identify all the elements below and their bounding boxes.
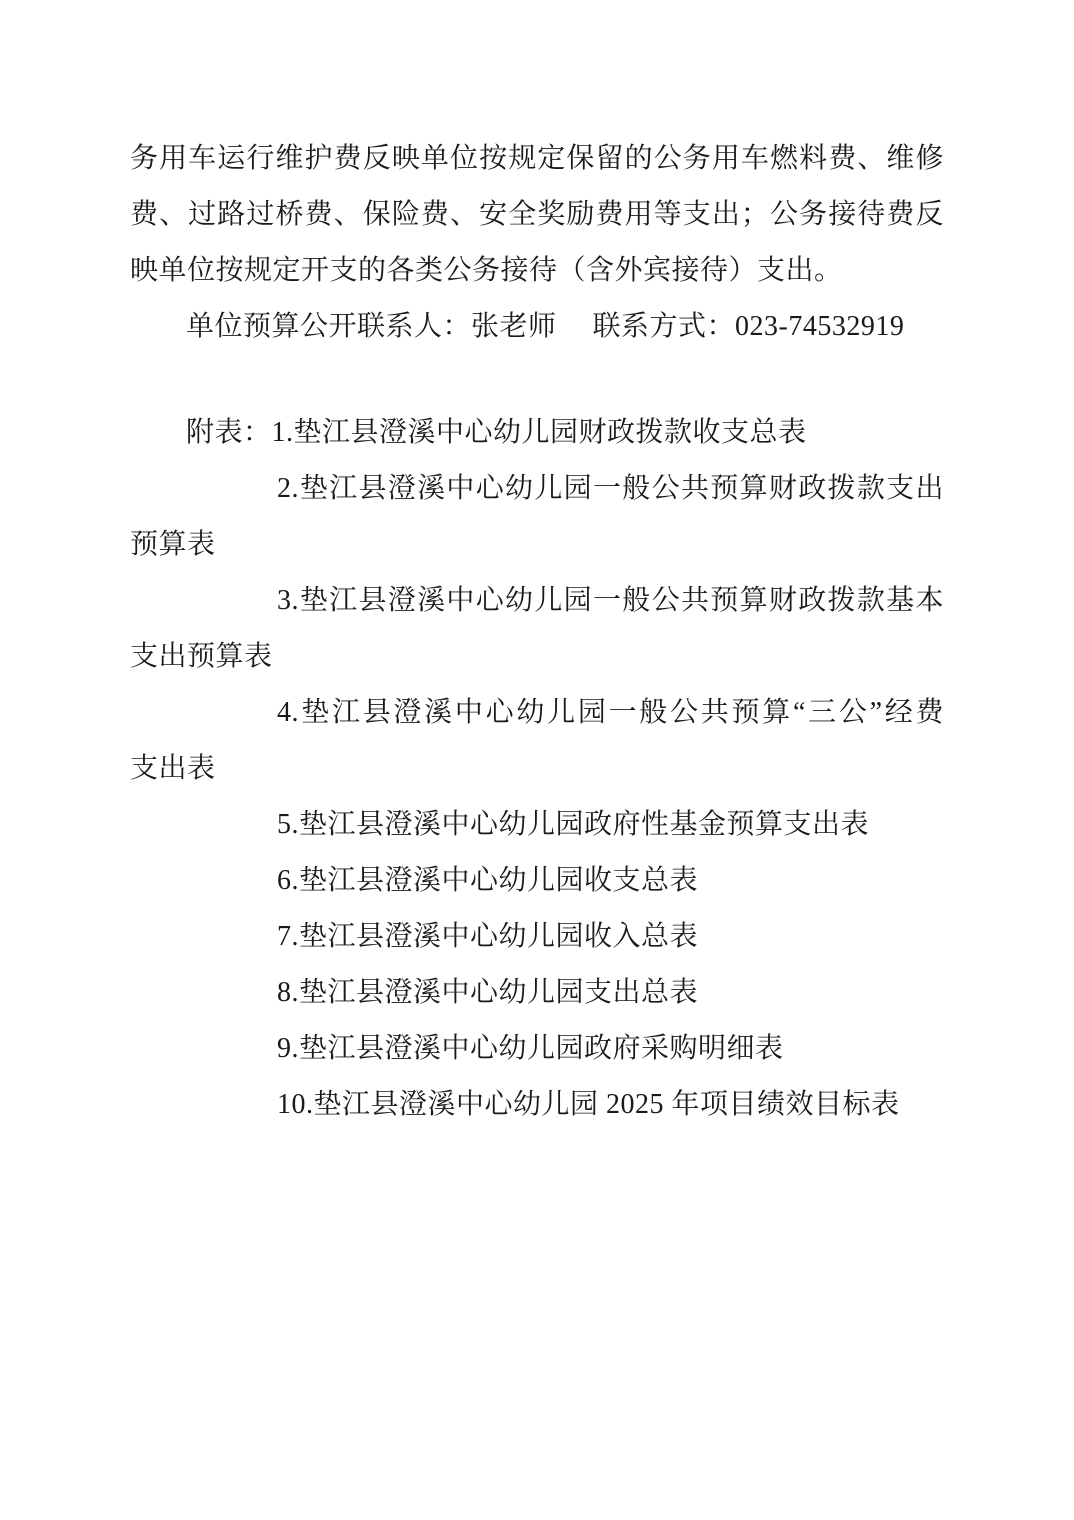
- doc-line: 单位预算公开联系人：张老师 联系方式：023-74532919: [130, 299, 944, 355]
- doc-line: 2.垫江县澄溪中心幼儿园一般公共预算财政拨款支出: [130, 461, 944, 517]
- doc-line: 3.垫江县澄溪中心幼儿园一般公共预算财政拨款基本: [130, 573, 944, 629]
- doc-line: 费、过路过桥费、保险费、安全奖励费用等支出；公务接待费反: [130, 187, 944, 243]
- doc-line: [130, 355, 944, 405]
- doc-line: 务用车运行维护费反映单位按规定保留的公务用车燃料费、维修: [130, 131, 944, 187]
- doc-line: 附表：1.垫江县澄溪中心幼儿园财政拨款收支总表: [130, 405, 944, 461]
- doc-line: 10.垫江县澄溪中心幼儿园 2025 年项目绩效目标表: [130, 1077, 944, 1133]
- doc-line: 预算表: [130, 517, 944, 573]
- document-body: 务用车运行维护费反映单位按规定保留的公务用车燃料费、维修费、过路过桥费、保险费、…: [130, 131, 944, 1133]
- doc-line: 映单位按规定开支的各类公务接待（含外宾接待）支出。: [130, 243, 944, 299]
- doc-line: 9.垫江县澄溪中心幼儿园政府采购明细表: [130, 1021, 944, 1077]
- document-page: 务用车运行维护费反映单位按规定保留的公务用车燃料费、维修费、过路过桥费、保险费、…: [0, 0, 1074, 1520]
- doc-line: 5.垫江县澄溪中心幼儿园政府性基金预算支出表: [130, 797, 944, 853]
- doc-line: 7.垫江县澄溪中心幼儿园收入总表: [130, 909, 944, 965]
- doc-line: 支出表: [130, 741, 944, 797]
- doc-line: 8.垫江县澄溪中心幼儿园支出总表: [130, 965, 944, 1021]
- doc-line: 4.垫江县澄溪中心幼儿园一般公共预算“三公”经费: [130, 685, 944, 741]
- doc-line: 支出预算表: [130, 629, 944, 685]
- doc-line: 6.垫江县澄溪中心幼儿园收支总表: [130, 853, 944, 909]
